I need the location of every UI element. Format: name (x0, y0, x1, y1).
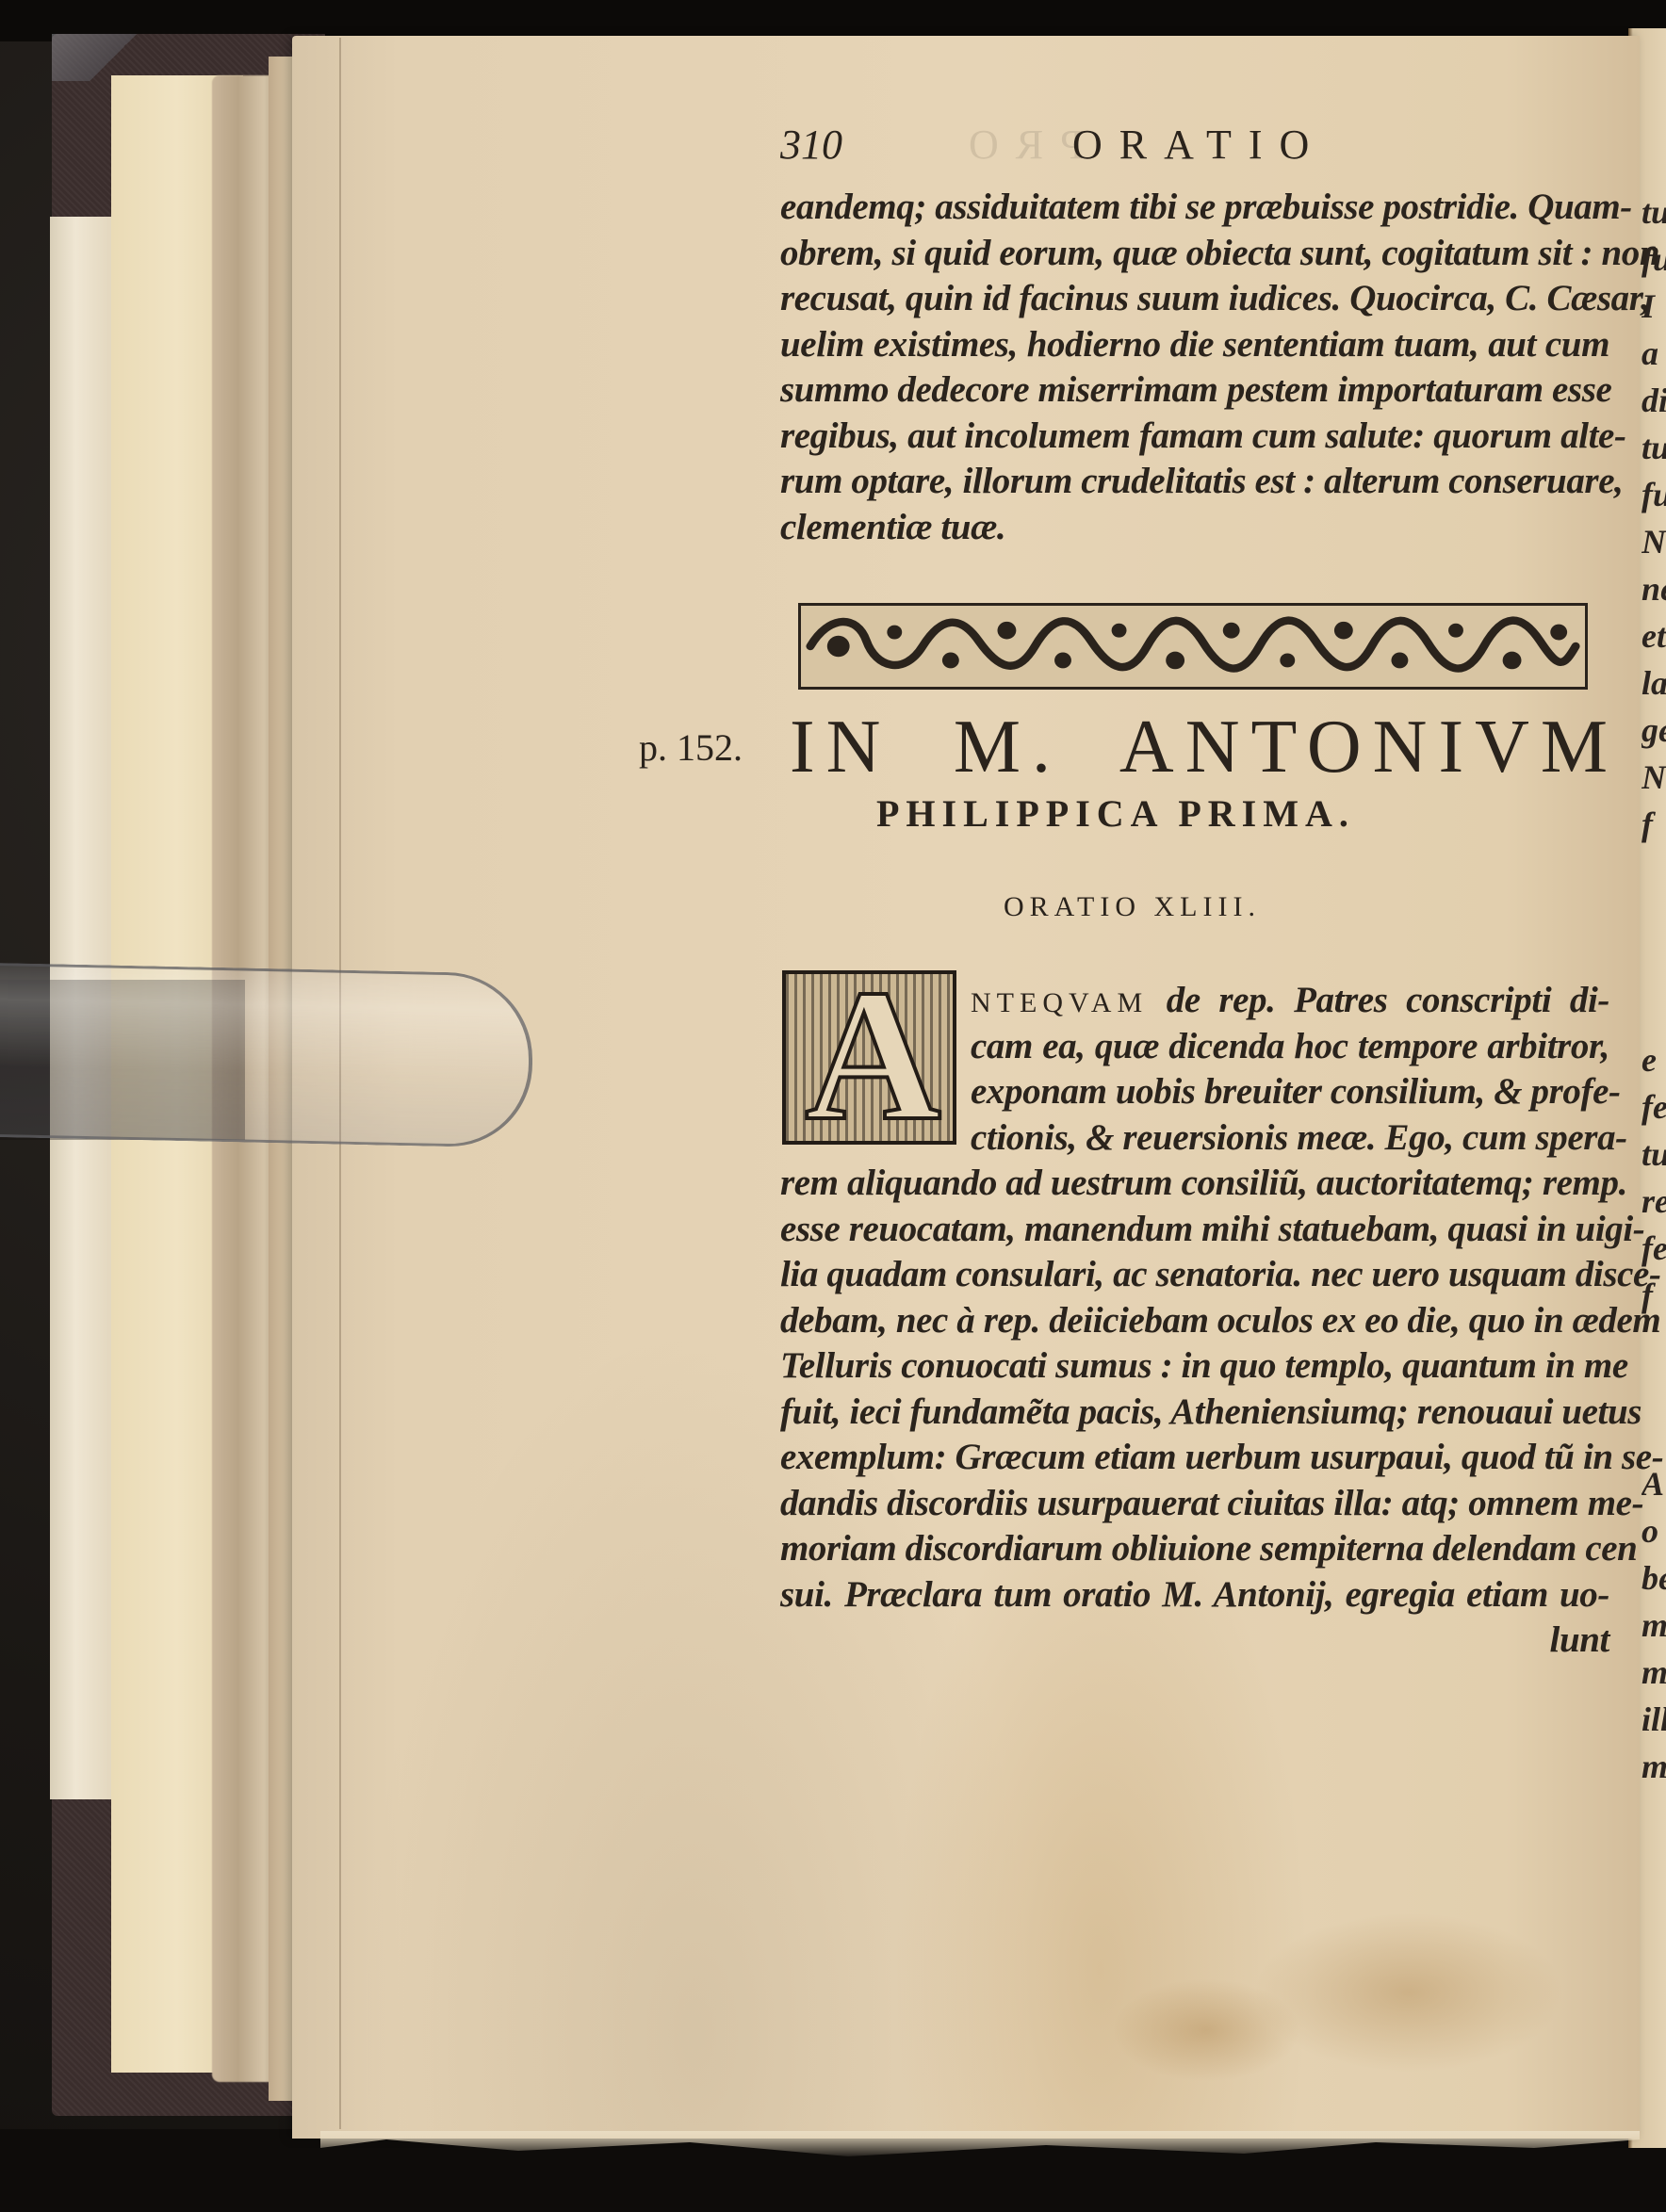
text-line: dandis discordiis usurpauerat ciuitas il… (780, 1481, 1609, 1527)
facing-page-fragment: tu (1641, 188, 1666, 236)
text-line: moriam discordiarum obliuione sempiterna… (780, 1526, 1609, 1572)
oration-body: rem aliquando ad uestrum consiliũ, aucto… (780, 1161, 1609, 1664)
text-line: obrem, si quid eorum, quæ obiecta sunt, … (780, 231, 1609, 277)
facing-page-fragment: f (1641, 801, 1666, 848)
facing-page-fragment: e (1641, 1036, 1666, 1083)
running-head: 310 ORATIO (780, 121, 1609, 177)
facing-page-fragment: o (1641, 1507, 1666, 1554)
text-line: recusat, quin id facinus suum iudices. Q… (780, 276, 1609, 322)
water-stain (1112, 1978, 1300, 2082)
text-line: sui. Præclara tum oratio M. Antonij, egr… (780, 1572, 1609, 1618)
marginal-page-reference: p. 152. (639, 725, 743, 770)
text-line: ctionis, & reuersionis meæ. Ego, cum spe… (971, 1115, 1609, 1162)
cover-corner-reflection (52, 34, 146, 81)
oration-title: IN M. ANTONIVM (790, 705, 1619, 790)
drop-cap-letter: A (795, 957, 951, 1155)
text-line: Telluris conuocati sumus : in quo templo… (780, 1343, 1609, 1390)
facing-page-fragment: a (1641, 330, 1666, 377)
text-line: NTEQVAM de rep. Patres conscripti di- (971, 978, 1609, 1024)
facing-page-fragment (1641, 989, 1666, 1036)
facing-page-fragment: ma (1641, 1743, 1666, 1790)
facing-page-fragment: ge (1641, 707, 1666, 754)
facing-page-fragment (1641, 848, 1666, 895)
facing-page-fragment: la (1641, 659, 1666, 707)
facing-page-fragment: N (1641, 754, 1666, 801)
opening-line-rest: de rep. Patres conscripti di- (1148, 980, 1609, 1020)
facing-page-fragment (1641, 942, 1666, 989)
text-line: eandemq; assiduitatem tibi se præbuisse … (780, 185, 1609, 231)
facing-page-fragment: ma (1641, 1649, 1666, 1696)
facing-page-fragment: fe (1641, 1083, 1666, 1130)
previous-oration-ending: eandemq; assiduitatem tibi se præbuisse … (780, 185, 1609, 550)
oration-subtitle: PHILIPPICA PRIMA. (876, 791, 1355, 836)
facing-page-fragment: tu (1641, 1130, 1666, 1178)
catchword: lunt (780, 1618, 1609, 1664)
text-line: rem aliquando ad uestrum consiliũ, aucto… (780, 1161, 1609, 1207)
ornamental-headpiece (798, 603, 1588, 690)
facing-page-fragment: Nu (1641, 518, 1666, 565)
facing-page-fragment: fun (1641, 471, 1666, 518)
text-line: fuit, ieci fundamẽta pacis, Atheniensium… (780, 1390, 1609, 1436)
facing-page-fragment: illa (1641, 1696, 1666, 1743)
oration-opening-indented: NTEQVAM de rep. Patres conscripti di- ca… (971, 978, 1609, 1161)
text-line: clementiæ tuæ. (780, 505, 1609, 551)
water-stain (1253, 1912, 1564, 2073)
opening-smallcaps: NTEQVAM (971, 987, 1148, 1018)
facing-page-fragment: tu (1641, 424, 1666, 471)
facing-page-fragment: ma (1641, 1602, 1666, 1649)
facing-page-text: tufuIaditufunNuneetilageNfefeturefefAobe… (1641, 188, 1666, 1790)
facing-page-fragment: di (1641, 377, 1666, 424)
running-title: ORATIO (1072, 121, 1326, 169)
text-line: cam ea, quæ dicenda hoc tempore arbitror… (971, 1024, 1609, 1070)
text-line: exemplum: Græcum etiam uerbum usurpaui, … (780, 1435, 1609, 1481)
text-line: rum optare, illorum crudelitatis est : a… (780, 459, 1609, 505)
text-line: esse reuocatam, manendum mihi statuebam,… (780, 1207, 1609, 1253)
facing-page-fragment: be (1641, 1554, 1666, 1602)
scrollwork-ornament-icon (801, 606, 1585, 687)
page-number: 310 (780, 121, 842, 169)
text-line: uelim existimes, hodierno die sententiam… (780, 322, 1609, 368)
facing-page-fragment: re (1641, 1178, 1666, 1225)
text-line: exponam uobis breuiter consilium, & prof… (971, 1069, 1609, 1115)
facing-page-fragment: ne (1641, 565, 1666, 612)
oration-number: ORATIO XLIII. (1004, 891, 1261, 923)
text-line: regibus, aut incolumem famam cum salute:… (780, 414, 1609, 460)
facing-page-fragment: eti (1641, 612, 1666, 659)
page-holder-clip (0, 963, 532, 1148)
facing-page-fragment (1641, 895, 1666, 942)
text-line: lia quadam consulari, ac senatoria. nec … (780, 1252, 1609, 1298)
text-line: debam, nec à rep. deiiciebam oculos ex e… (780, 1298, 1609, 1344)
facing-page-fragment (1641, 1366, 1666, 1413)
drop-cap-initial: A (782, 970, 956, 1145)
text-line: summo dedecore miserrimam pestem importa… (780, 367, 1609, 414)
